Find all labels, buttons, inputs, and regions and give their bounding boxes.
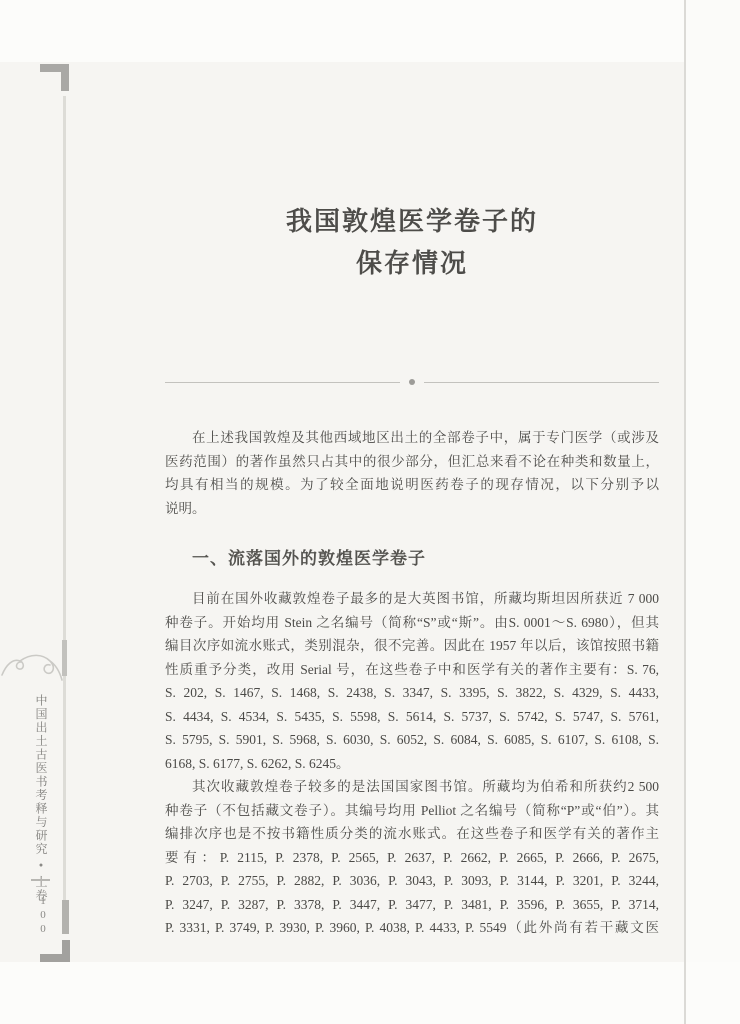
chapter-title-line: 保存情况 xyxy=(165,243,659,285)
title-divider xyxy=(165,376,659,388)
scan-background-bottom xyxy=(0,962,740,1024)
body-text-line: 性质重予分类，改用 Serial 号，在这些卷子中和医学有关的著作主要有：S. … xyxy=(165,658,659,682)
body-text-line: 种卷子。开始均用 Stein 之名编号（简称“S”或“斯”。由S. 0001～S… xyxy=(165,611,659,635)
book-title-text: 中国出土古医书考释与研究 xyxy=(34,694,48,856)
print-corner-mark-bottom xyxy=(40,954,70,962)
body-text-line: S. 5795, S. 5901, S. 5968, S. 6030, S. 6… xyxy=(165,728,659,752)
body-text-line: 说明。 xyxy=(165,497,659,521)
page-edge-line xyxy=(684,0,686,1024)
chapter-title-line: 我国敦煌医学卷子的 xyxy=(165,201,659,243)
scanned-book-page: 中国出土古医书考释与研究●上卷 100 我国敦煌医学卷子的 保存情况 在上述我国… xyxy=(0,0,740,1024)
body-text-line: 均具有相当的规模。为了较全面地说明医药卷子的现存情况，以下分别予以 xyxy=(165,473,659,497)
scan-background-right xyxy=(685,0,740,1024)
chapter-title: 我国敦煌医学卷子的 保存情况 xyxy=(165,201,659,285)
content-blocks: 在上述我国敦煌及其他西域地区出土的全部卷子中，属于专门医学（或涉及医药范围）的著… xyxy=(165,426,659,940)
sidebar-dash-rule xyxy=(31,879,50,881)
body-text-line: S. 202, S. 1467, S. 1468, S. 2438, S. 33… xyxy=(165,681,659,705)
separator-dot-icon: ● xyxy=(37,856,45,876)
body-text-line: 其次收藏敦煌卷子较多的是法国国家图书馆。所藏均为伯希和所获约2 500 xyxy=(165,775,659,799)
print-corner-mark-top xyxy=(61,64,69,91)
body-text-line: P. 3331, P. 3749, P. 3930, P. 3960, P. 4… xyxy=(165,916,659,940)
body-text-line: 医药范围）的著作虽然只占其中的很少部分，但汇总来看不论在种类和数量上， xyxy=(165,450,659,474)
body-text-line: 6168, S. 6177, S. 6262, S. 6245。 xyxy=(165,752,659,776)
body-text-line: S. 4434, S. 4534, S. 5435, S. 5598, S. 5… xyxy=(165,705,659,729)
divider-line xyxy=(424,382,659,383)
left-margin-rule xyxy=(63,96,66,902)
body-text-line: 编排次序也是不按书籍性质分类的流水账式。在这些卷子和医学有关的著作主 xyxy=(165,822,659,846)
body-text-line: 种卷子（不包括藏文卷子）。其编号均用 Pelliot 之名编号（简称“P”或“伯… xyxy=(165,799,659,823)
sidebar-book-title: 中国出土古医书考释与研究●上卷 xyxy=(33,694,50,903)
body-text-line: P. 2703, P. 2755, P. 2882, P. 3036, P. 3… xyxy=(165,869,659,893)
page-number: 100 xyxy=(37,895,49,937)
section-heading: 一、流落国外的敦煌医学卷子 xyxy=(165,547,659,571)
body-text-line: P. 3247, P. 3287, P. 3378, P. 3447, P. 3… xyxy=(165,893,659,917)
scan-background-top xyxy=(0,0,740,62)
divider-dot-icon xyxy=(409,379,415,385)
left-margin-rule-dark-segment xyxy=(62,900,69,934)
body-text-line: 要有：P. 2115, P. 2378, P. 2565, P. 2637, P… xyxy=(165,846,659,870)
body-text-line: 目前在国外收藏敦煌卷子最多的是大英图书馆，所藏均斯坦因所获近 7 000 xyxy=(165,587,659,611)
body-text-line: 在上述我国敦煌及其他西域地区出土的全部卷子中，属于专门医学（或涉及 xyxy=(165,426,659,450)
cloud-scroll-icon xyxy=(1,648,63,686)
divider-line xyxy=(165,382,400,383)
body-text-line: 编目次序如流水账式，类别混杂，很不完善。因此在 1957 年以后，该馆按照书籍 xyxy=(165,634,659,658)
